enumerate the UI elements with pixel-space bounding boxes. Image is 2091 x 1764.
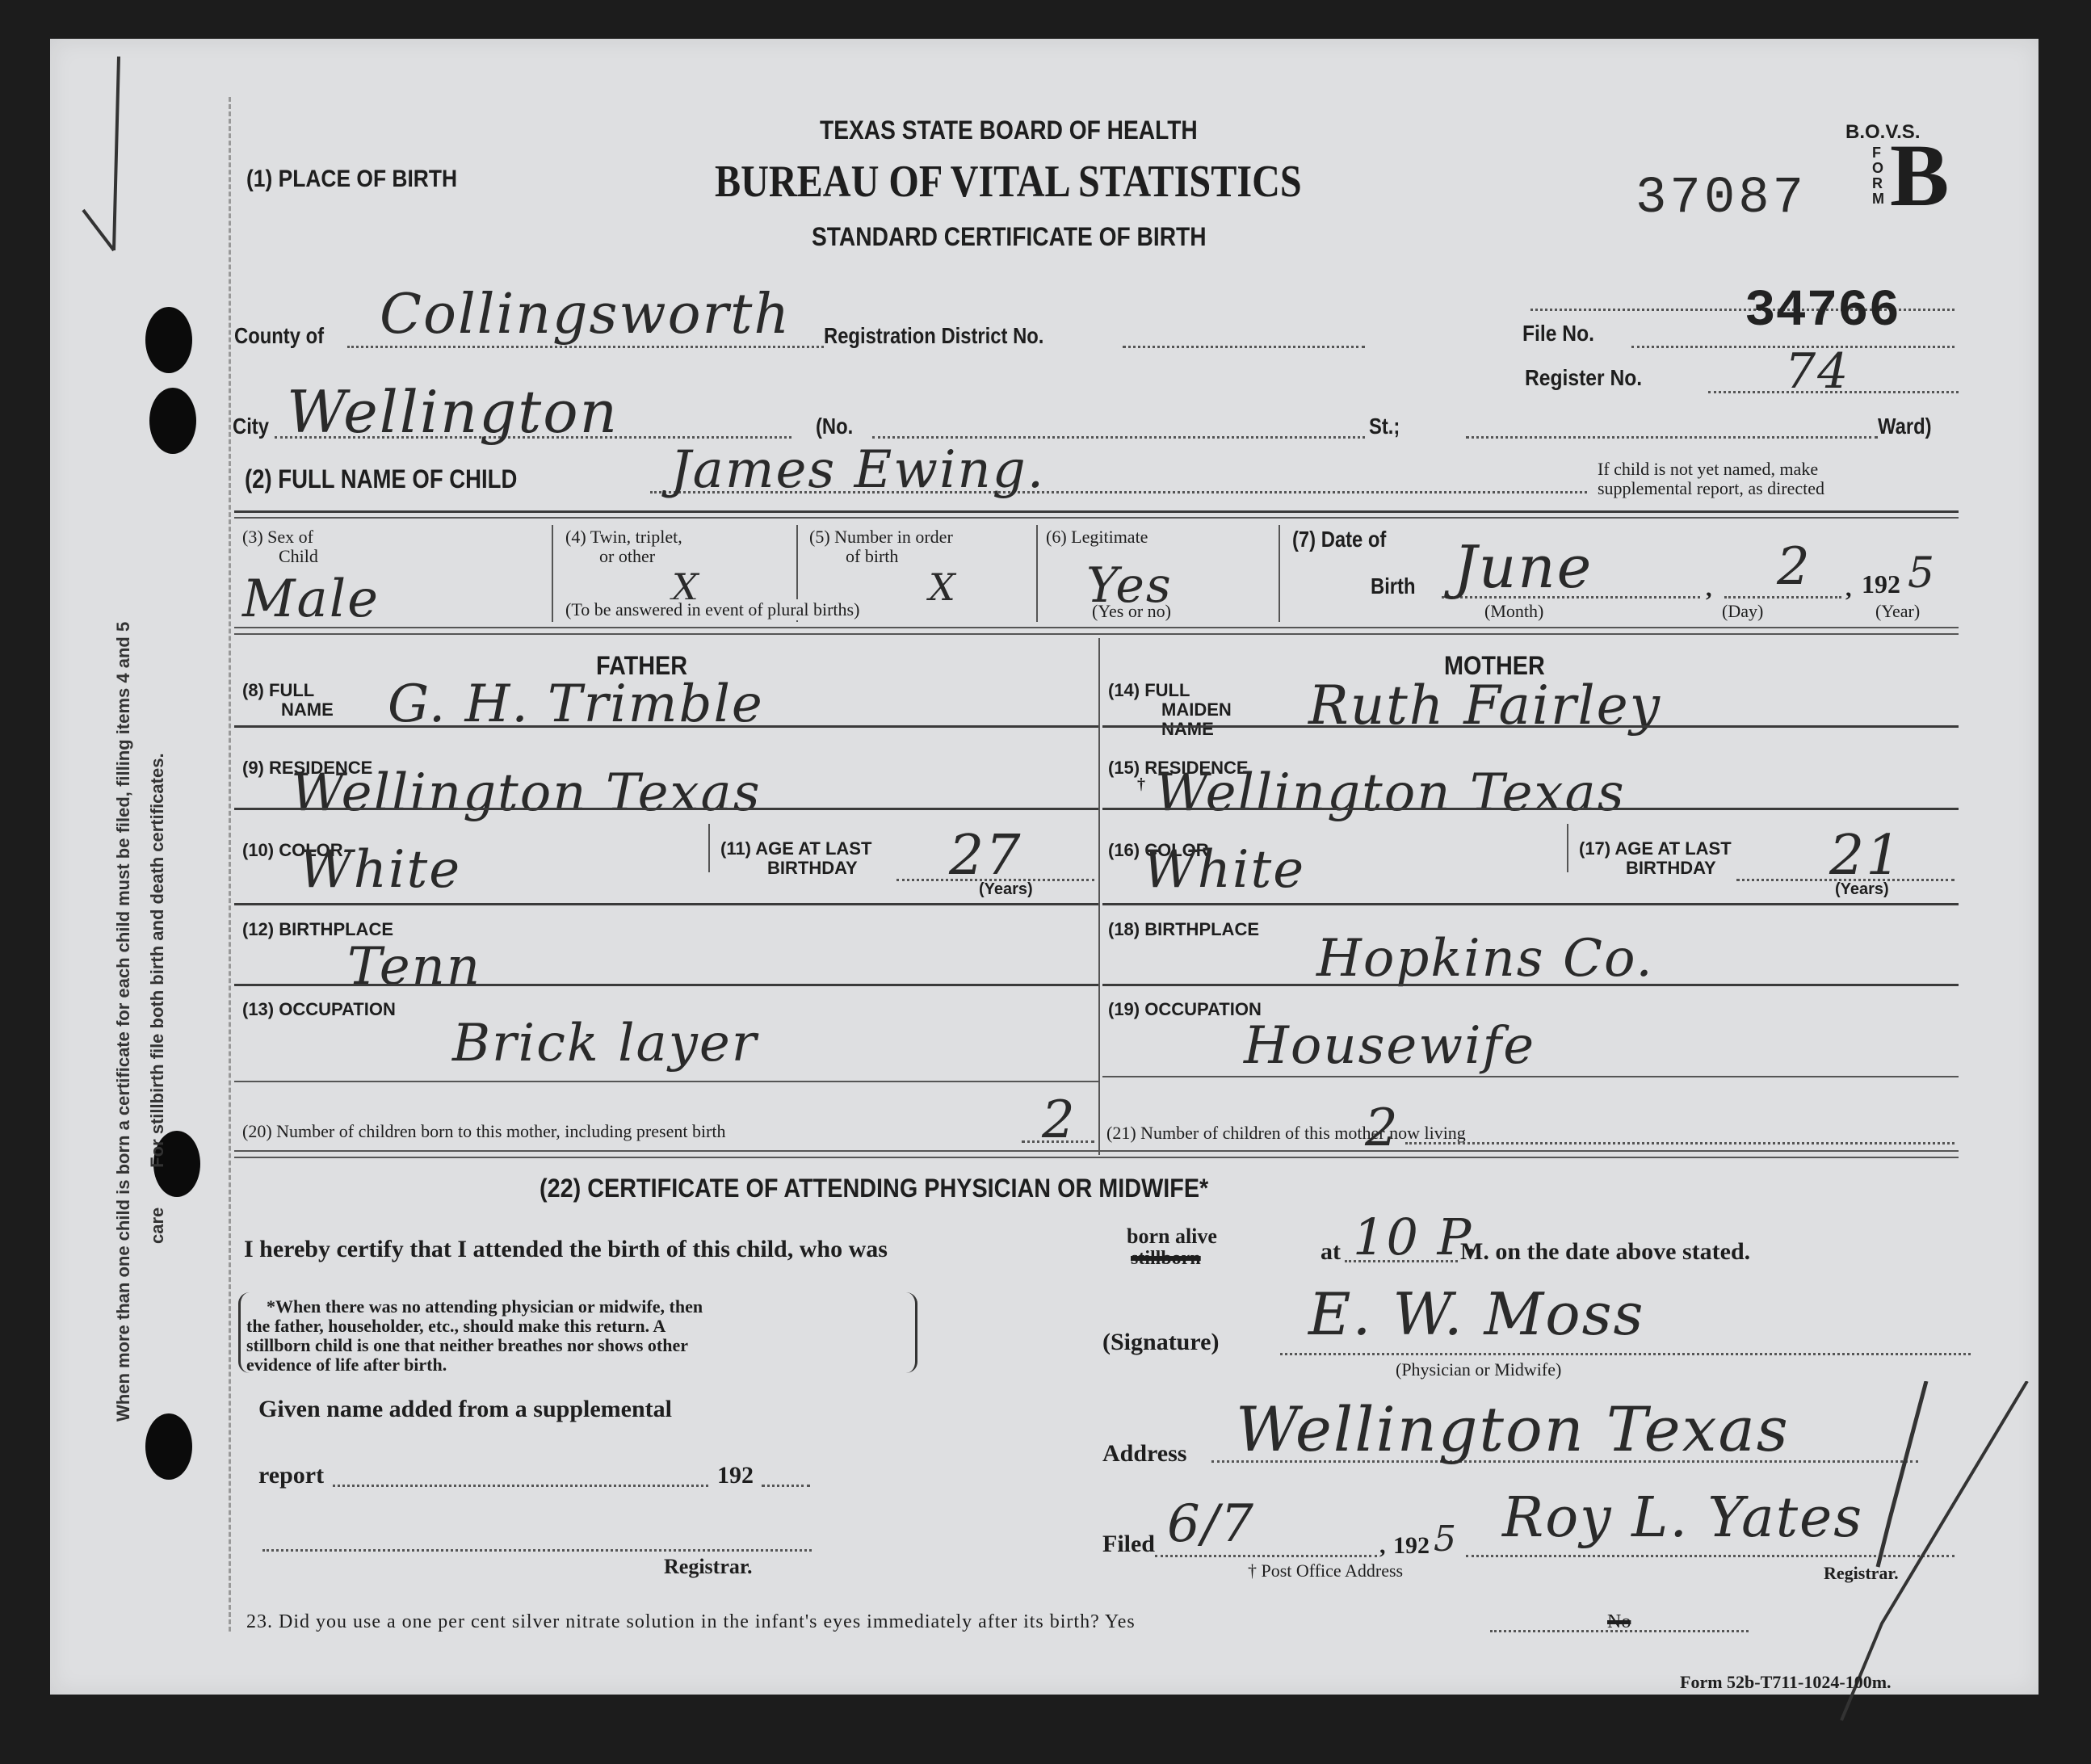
form-word: F O R M bbox=[1872, 145, 1884, 207]
address-label: Address bbox=[1102, 1440, 1186, 1468]
dob-day[interactable]: 2 bbox=[1777, 537, 1812, 597]
child-name-value[interactable]: James Ewing. bbox=[670, 440, 1045, 500]
register-no-label: Register No. bbox=[1525, 365, 1642, 391]
side-note-line1: When more than one child is born a certi… bbox=[113, 622, 134, 1422]
father-age-label-2: BIRTHDAY bbox=[767, 858, 858, 879]
twin-label-1: (4) Twin, triplet, bbox=[565, 527, 682, 548]
checkmark-icon bbox=[77, 48, 125, 275]
mother-name-label-2: MAIDEN bbox=[1161, 699, 1232, 720]
mother-age-value[interactable]: 21 bbox=[1829, 824, 1903, 888]
twin-label-2: or other bbox=[599, 546, 655, 567]
stillborn-struck: stillborn bbox=[1131, 1248, 1201, 1270]
registrar-caption-left: Registrar. bbox=[664, 1555, 753, 1579]
at-label: at bbox=[1321, 1238, 1341, 1266]
time-suffix: M. on the date above stated. bbox=[1460, 1238, 1750, 1266]
punch-hole bbox=[145, 1413, 192, 1480]
mother-age-caption: (Years) bbox=[1835, 880, 1889, 899]
plural-births-note: (To be answered in event of plural birth… bbox=[565, 599, 859, 620]
divider bbox=[234, 1157, 1959, 1158]
side-note-stillbirth: For stillbirth file both birth and death… bbox=[147, 753, 167, 1167]
father-color-value[interactable]: White bbox=[299, 840, 461, 900]
divider bbox=[1102, 725, 1959, 728]
side-note-line2: care For stillbirth file both birth and … bbox=[147, 753, 168, 1244]
day-caption: (Day) bbox=[1722, 601, 1763, 622]
father-age-label-1: (11) AGE AT LAST bbox=[720, 838, 871, 859]
registration-district-label: Registration District No. bbox=[824, 323, 1043, 349]
dob-comma: , bbox=[1845, 575, 1852, 603]
father-age-value[interactable]: 27 bbox=[949, 824, 1022, 888]
dob-year-prefix: 192 bbox=[1862, 569, 1900, 599]
footnote-line-4: evidence of life after birth. bbox=[246, 1354, 447, 1375]
divider bbox=[1102, 984, 1959, 986]
month-caption: (Month) bbox=[1484, 601, 1543, 622]
punch-hole bbox=[145, 307, 192, 373]
divider bbox=[1102, 1076, 1959, 1077]
mother-name-label-1: (14) FULL bbox=[1108, 680, 1190, 701]
divider bbox=[234, 510, 1959, 513]
footnote-line-2: the father, householder, etc., should ma… bbox=[246, 1316, 666, 1337]
dob-month[interactable]: June bbox=[1454, 533, 1593, 601]
form-letter-r: R bbox=[1872, 176, 1884, 191]
divider bbox=[1102, 903, 1959, 905]
mother-color-value[interactable]: White bbox=[1143, 840, 1305, 900]
registration-district-line bbox=[1123, 346, 1365, 348]
column-divider bbox=[1036, 525, 1038, 622]
form-letter-m: M bbox=[1872, 191, 1884, 207]
filed-year-digit[interactable]: 5 bbox=[1434, 1518, 1458, 1560]
born-alive-label: born alive bbox=[1127, 1224, 1217, 1249]
post-office-caption: † Post Office Address bbox=[1248, 1560, 1403, 1581]
ward-label: Ward) bbox=[1878, 414, 1932, 439]
street-label: St.; bbox=[1369, 414, 1400, 439]
filed-comma: , bbox=[1379, 1532, 1386, 1560]
divider bbox=[1102, 808, 1959, 810]
unnamed-note-1: If child is not yet named, make bbox=[1598, 459, 1818, 480]
father-birthplace-value[interactable]: Tenn bbox=[347, 937, 481, 997]
dob-year-digit[interactable]: 5 bbox=[1908, 549, 1936, 598]
board-title: TEXAS STATE BOARD OF HEALTH bbox=[820, 115, 1198, 145]
sex-value[interactable]: Male bbox=[242, 569, 380, 629]
filed-label: Filed bbox=[1102, 1531, 1155, 1558]
year-caption: (Year) bbox=[1875, 601, 1920, 622]
children-born-value[interactable]: 2 bbox=[1042, 1090, 1077, 1150]
county-label: County of bbox=[234, 323, 324, 349]
report-line bbox=[333, 1485, 708, 1487]
order-label-1: (5) Number in order bbox=[809, 527, 953, 548]
form-b-letter: B bbox=[1890, 131, 1949, 220]
street-line bbox=[872, 436, 1365, 439]
given-name-label: Given name added from a supplemental bbox=[258, 1396, 672, 1423]
filed-year-prefix: 192 bbox=[1393, 1532, 1430, 1560]
mother-residence-mark: † bbox=[1137, 775, 1145, 794]
children-born-label: (20) Number of children born to this mot… bbox=[242, 1121, 726, 1142]
place-of-birth-heading: (1) PLACE OF BIRTH bbox=[246, 166, 457, 193]
certificate-heading: (22) CERTIFICATE OF ATTENDING PHYSICIAN … bbox=[540, 1174, 1208, 1203]
certify-text: I hereby certify that I attended the bir… bbox=[244, 1236, 888, 1263]
left-border bbox=[229, 97, 231, 1632]
father-residence-value[interactable]: Wellington Texas bbox=[291, 763, 762, 823]
signature-value[interactable]: E. W. Moss bbox=[1308, 1280, 1645, 1348]
column-divider bbox=[552, 525, 553, 622]
legitimate-label: (6) Legitimate bbox=[1046, 527, 1148, 548]
divider bbox=[234, 903, 1098, 905]
children-living-line bbox=[1405, 1142, 1955, 1144]
child-name-label: (2) FULL NAME OF CHILD bbox=[245, 464, 517, 494]
divider bbox=[234, 633, 1959, 635]
column-divider bbox=[1567, 824, 1568, 872]
registrar-line-left bbox=[262, 1549, 812, 1552]
legitimate-note: (Yes or no) bbox=[1092, 601, 1171, 622]
father-mother-divider bbox=[1098, 638, 1100, 1155]
father-age-caption: (Years) bbox=[979, 880, 1033, 899]
stamp-number: 37087 bbox=[1635, 170, 1807, 228]
report-year-line bbox=[762, 1485, 810, 1487]
dob-label-1: (7) Date of bbox=[1292, 527, 1386, 552]
mother-age-label-1: (17) AGE AT LAST bbox=[1579, 838, 1732, 859]
father-name-label-2: NAME bbox=[281, 699, 334, 720]
side-note-prefix: care bbox=[147, 1207, 167, 1244]
mother-name-label-3: NAME bbox=[1161, 719, 1214, 740]
report-year: 192 bbox=[717, 1462, 754, 1489]
mother-birthplace-value[interactable]: Hopkins Co. bbox=[1316, 929, 1654, 989]
divider bbox=[234, 984, 1098, 986]
signature-label: (Signature) bbox=[1102, 1329, 1219, 1356]
street-no-label: (No. bbox=[816, 414, 853, 439]
divider bbox=[234, 517, 1959, 519]
divider bbox=[234, 808, 1098, 810]
divider bbox=[234, 627, 1959, 628]
filed-value[interactable]: 6/7 bbox=[1167, 1494, 1255, 1554]
footnote-line-3: stillborn child is one that neither brea… bbox=[246, 1335, 688, 1356]
column-divider bbox=[708, 824, 710, 872]
form-footer: Form 52b-T711-1024-100m. bbox=[1680, 1672, 1892, 1693]
column-divider bbox=[1279, 525, 1280, 622]
footnote-line-1: *When there was no attending physician o… bbox=[267, 1296, 703, 1317]
silver-nitrate-no-struck: No bbox=[1607, 1611, 1631, 1633]
divider bbox=[234, 725, 1098, 728]
bureau-title: BUREAU OF VITAL STATISTICS bbox=[715, 156, 1302, 208]
mother-occupation-value[interactable]: Housewife bbox=[1244, 1016, 1535, 1076]
sex-label-2: Child bbox=[279, 546, 318, 567]
children-living-label: (21) Number of children of this mother n… bbox=[1106, 1123, 1466, 1144]
file-no-label: File No. bbox=[1522, 321, 1594, 346]
form-letter-f: F bbox=[1872, 145, 1884, 161]
father-occupation-label: (13) OCCUPATION bbox=[242, 999, 396, 1020]
mother-occupation-label: (19) OCCUPATION bbox=[1108, 999, 1262, 1020]
ward-line bbox=[1466, 436, 1878, 439]
dob-comma: , bbox=[1706, 575, 1712, 603]
punch-hole bbox=[149, 388, 196, 454]
mother-residence-value[interactable]: Wellington Texas bbox=[1155, 763, 1626, 823]
unnamed-note-2: supplemental report, as directed bbox=[1598, 478, 1824, 499]
father-name-label-1: (8) FULL bbox=[242, 680, 314, 701]
dob-label-2: Birth bbox=[1371, 573, 1416, 599]
sex-label-1: (3) Sex of bbox=[242, 527, 313, 548]
form-letter-o: O bbox=[1872, 161, 1884, 176]
register-no-value[interactable]: 74 bbox=[1785, 343, 1850, 400]
mother-birthplace-label: (18) BIRTHPLACE bbox=[1108, 919, 1259, 940]
order-value[interactable]: X bbox=[929, 565, 957, 609]
city-label: City bbox=[233, 414, 269, 439]
file-no-value: 34766 bbox=[1745, 283, 1900, 341]
certificate-title: STANDARD CERTIFICATE OF BIRTH bbox=[812, 222, 1207, 252]
children-living-value[interactable]: 2 bbox=[1365, 1098, 1400, 1158]
signature-line bbox=[1280, 1353, 1971, 1355]
divider bbox=[234, 1150, 1959, 1152]
city-value[interactable]: Wellington bbox=[287, 378, 619, 446]
county-value[interactable]: Collingsworth bbox=[380, 283, 791, 346]
signature-caption: (Physician or Midwife) bbox=[1396, 1359, 1561, 1380]
mother-age-label-2: BIRTHDAY bbox=[1626, 858, 1716, 879]
order-label-2: of birth bbox=[846, 546, 898, 567]
father-occupation-value[interactable]: Brick layer bbox=[452, 1014, 758, 1073]
silver-nitrate-question: 23. Did you use a one per cent silver ni… bbox=[246, 1611, 1136, 1633]
divider bbox=[234, 1081, 1098, 1082]
filed-line bbox=[1155, 1555, 1377, 1557]
report-label: report bbox=[258, 1462, 324, 1489]
